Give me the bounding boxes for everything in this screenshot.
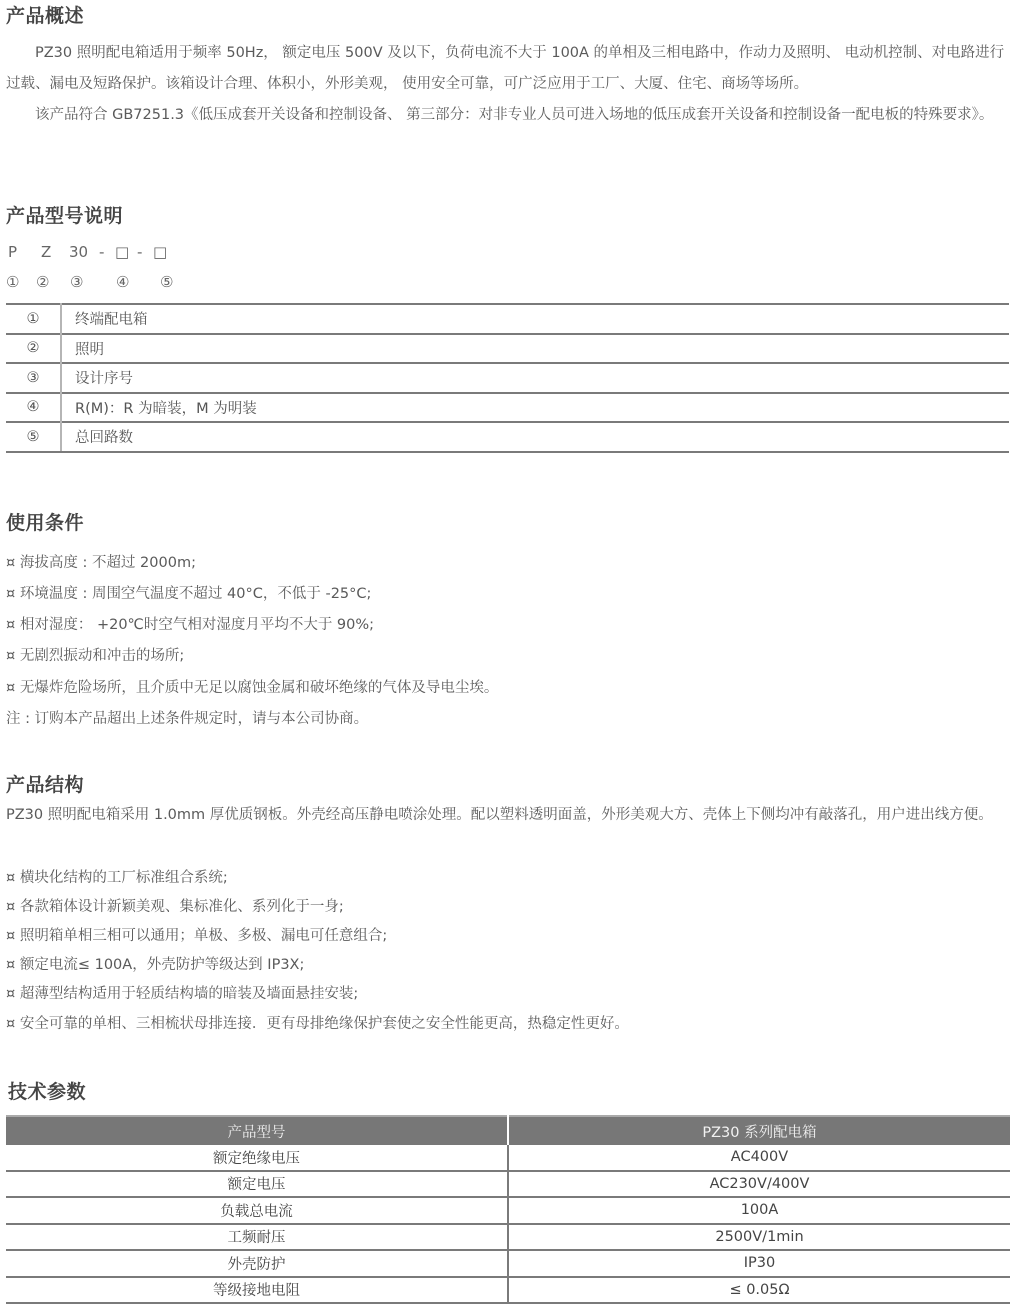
spec-value: IP30 bbox=[508, 1250, 1010, 1277]
spec-value: 100A bbox=[508, 1197, 1010, 1224]
marker-3: ③ bbox=[70, 273, 83, 291]
table-row: ② 照明 bbox=[6, 334, 1009, 364]
spec-label: 额定绝缘电压 bbox=[6, 1145, 508, 1171]
condition-item: ¤ 无剧烈振动和冲击的场所; bbox=[6, 644, 184, 665]
table-row: 等级接地电阻 ≤ 0.05Ω bbox=[6, 1277, 1010, 1304]
model-code-z: Z bbox=[41, 243, 69, 261]
marker-1: ① bbox=[6, 273, 19, 291]
table-row: 工频耐压 2500V/1min bbox=[6, 1224, 1010, 1251]
table-row: ① 终端配电箱 bbox=[6, 304, 1009, 334]
table-row: ⑤ 总回路数 bbox=[6, 422, 1009, 452]
table-header-row: 产品型号 PZ30 系列配电箱 bbox=[6, 1116, 1010, 1145]
condition-item: ¤ 海拔高度 : 不超过 2000m; bbox=[6, 551, 196, 572]
row-number: ③ bbox=[6, 363, 61, 393]
header-model: 产品型号 bbox=[6, 1116, 508, 1145]
row-number: ② bbox=[6, 334, 61, 364]
row-number: ④ bbox=[6, 393, 61, 423]
spec-value: 2500V/1min bbox=[508, 1224, 1010, 1251]
structure-heading: 产品结构 bbox=[6, 770, 84, 797]
row-number: ⑤ bbox=[6, 422, 61, 452]
overview-paragraph-1: PZ30 照明配电箱适用于频率 50Hz， 额定电压 500V 及以下，负荷电流… bbox=[6, 38, 1008, 100]
structure-item: ¤ 超薄型结构适用于轻质结构墙的暗装及墙面悬挂安装; bbox=[6, 982, 358, 1003]
table-row: ④ R(M)：R 为暗装，M 为明装 bbox=[6, 393, 1009, 423]
overview-paragraph-2: 该产品符合 GB7251.3《低压成套开关设备和控制设备、 第三部分：对非专业人… bbox=[6, 100, 1008, 131]
header-series: PZ30 系列配电箱 bbox=[508, 1116, 1010, 1145]
spec-value: AC230V/400V bbox=[508, 1171, 1010, 1198]
model-code-30: 30 bbox=[69, 243, 99, 261]
row-description: 设计序号 bbox=[61, 363, 1009, 393]
spec-label: 等级接地电阻 bbox=[6, 1277, 508, 1304]
model-code-p: P bbox=[8, 243, 41, 261]
row-number: ① bbox=[6, 304, 61, 334]
marker-5: ⑤ bbox=[160, 273, 173, 291]
model-code: P Z 30 - □ - □ bbox=[8, 243, 175, 261]
row-description: 终端配电箱 bbox=[61, 304, 1009, 334]
table-row: ③ 设计序号 bbox=[6, 363, 1009, 393]
table-row: 额定绝缘电压 AC400V bbox=[6, 1145, 1010, 1171]
condition-item: ¤ 无爆炸危险场所，且介质中无足以腐蚀金属和破坏绝缘的气体及导电尘埃。 bbox=[6, 676, 498, 697]
specs-table: 产品型号 PZ30 系列配电箱 额定绝缘电压 AC400V 额定电压 AC230… bbox=[6, 1115, 1010, 1304]
spec-value: AC400V bbox=[508, 1145, 1010, 1171]
spec-label: 额定电压 bbox=[6, 1171, 508, 1198]
model-code-dash-2: - bbox=[137, 243, 153, 261]
spec-value: ≤ 0.05Ω bbox=[508, 1277, 1010, 1304]
structure-item: ¤ 照明箱单相三相可以通用；单极、多极、漏电可任意组合; bbox=[6, 924, 387, 945]
marker-4: ④ bbox=[116, 273, 129, 291]
spec-label: 外壳防护 bbox=[6, 1250, 508, 1277]
structure-intro: PZ30 照明配电箱采用 1.0mm 厚优质钢板。外壳经高压静电喷涂处理。配以塑… bbox=[6, 801, 1008, 830]
conditions-heading: 使用条件 bbox=[6, 508, 84, 535]
condition-item: ¤ 环境温度 : 周围空气温度不超过 40°C，不低于 -25°C; bbox=[6, 582, 371, 603]
table-row: 外壳防护 IP30 bbox=[6, 1250, 1010, 1277]
table-row: 额定电压 AC230V/400V bbox=[6, 1171, 1010, 1198]
spec-label: 工频耐压 bbox=[6, 1224, 508, 1251]
structure-item: ¤ 安全可靠的单相、三相梳状母排连接．更有母排绝缘保护套使之安全性能更高，热稳定… bbox=[6, 1012, 629, 1033]
row-description: 照明 bbox=[61, 334, 1009, 364]
model-code-dash-1: - bbox=[99, 243, 115, 261]
model-definition-table: ① 终端配电箱 ② 照明 ③ 设计序号 ④ R(M)：R 为暗装，M 为明装 ⑤… bbox=[6, 303, 1009, 453]
specs-heading: 技术参数 bbox=[8, 1077, 86, 1104]
conditions-note: 注 : 订购本产品超出上述条件规定时，请与本公司协商。 bbox=[6, 707, 368, 728]
condition-item: ¤ 相对湿度： +20℃时空气相对湿度月平均不大于 90%; bbox=[6, 613, 374, 634]
marker-2: ② bbox=[36, 273, 49, 291]
row-description: R(M)：R 为暗装，M 为明装 bbox=[61, 393, 1009, 423]
structure-item: ¤ 各款箱体设计新颖美观、集标准化、系列化于一身; bbox=[6, 895, 344, 916]
structure-item: ¤ 额定电流≤ 100A，外壳防护等级达到 IP3X; bbox=[6, 953, 304, 974]
model-heading: 产品型号说明 bbox=[6, 201, 123, 228]
table-row: 负载总电流 100A bbox=[6, 1197, 1010, 1224]
spec-label: 负载总电流 bbox=[6, 1197, 508, 1224]
overview-heading: 产品概述 bbox=[6, 1, 84, 28]
structure-item: ¤ 横块化结构的工厂标准组合系统; bbox=[6, 866, 228, 887]
model-code-box-1: □ bbox=[115, 243, 137, 261]
row-description: 总回路数 bbox=[61, 422, 1009, 452]
model-code-box-2: □ bbox=[153, 243, 175, 261]
